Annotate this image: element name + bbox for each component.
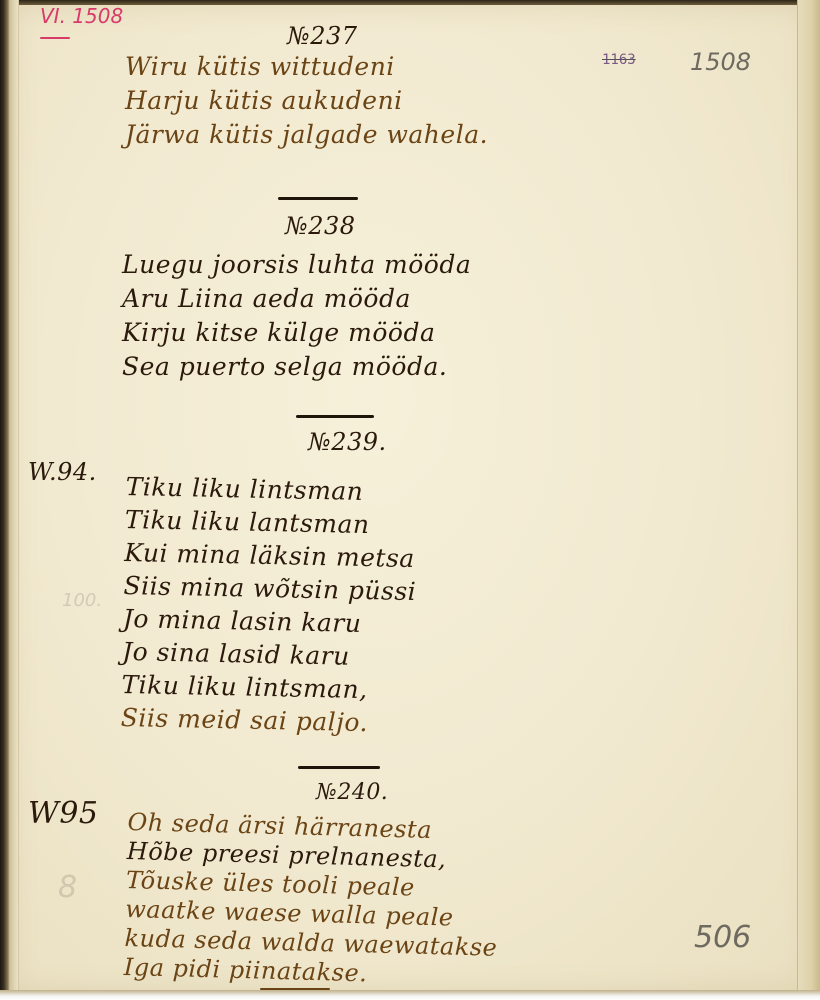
- red-underline: [40, 37, 70, 39]
- book-binding: [0, 0, 10, 1000]
- song-number: №239.: [308, 428, 387, 456]
- verse-line: Siis meid sai paljo.: [120, 701, 413, 740]
- page-bottom-edge: [0, 990, 820, 1000]
- verse-line: Sea puerto selga mööda.: [122, 350, 471, 384]
- verse-text: Iga pidi piinatakse.: [123, 953, 367, 987]
- margin-reference: W95: [28, 796, 99, 831]
- margin-reference: W.94.: [28, 458, 97, 486]
- verse-line: Järwa kütis jalgade wahela.: [125, 118, 488, 152]
- verse-block: Oh seda ärsi härranesta Hõbe preesi prel…: [123, 808, 500, 992]
- verse-line: Aru Liina aeda mööda: [122, 282, 471, 316]
- verse-line: Luegu joorsis luhta mööda: [122, 248, 471, 282]
- struck-out-number: 1163: [602, 52, 636, 68]
- section-divider: [278, 197, 358, 200]
- red-archive-signature: VI. 1508: [40, 4, 123, 28]
- faint-pencil-mark: 100.: [62, 590, 102, 611]
- verse-line: Kirju kitse külge mööda: [122, 316, 471, 350]
- verse-line: Harju kütis aukudeni: [125, 84, 488, 118]
- word-underline: [260, 988, 330, 990]
- verse-block: Tiku liku lintsman Tiku liku lantsman Ku…: [120, 470, 418, 740]
- verse-block: Wiru kütis wittudeni Harju kütis aukuden…: [125, 50, 488, 152]
- verse-block: Luegu joorsis luhta mööda Aru Liina aeda…: [122, 248, 471, 384]
- section-divider: [298, 766, 380, 769]
- pencil-page-number: 506: [694, 920, 751, 955]
- page-right-edge: [797, 0, 820, 1000]
- section-divider: [296, 415, 374, 418]
- page-fold: [10, 0, 19, 1000]
- pencil-archive-number: 1508: [690, 48, 751, 76]
- verse-line: Wiru kütis wittudeni: [125, 50, 488, 84]
- song-number: №237: [287, 22, 358, 50]
- song-number: №238: [285, 212, 356, 240]
- faint-pencil-mark: 8: [58, 870, 77, 905]
- song-number: №240.: [316, 780, 388, 805]
